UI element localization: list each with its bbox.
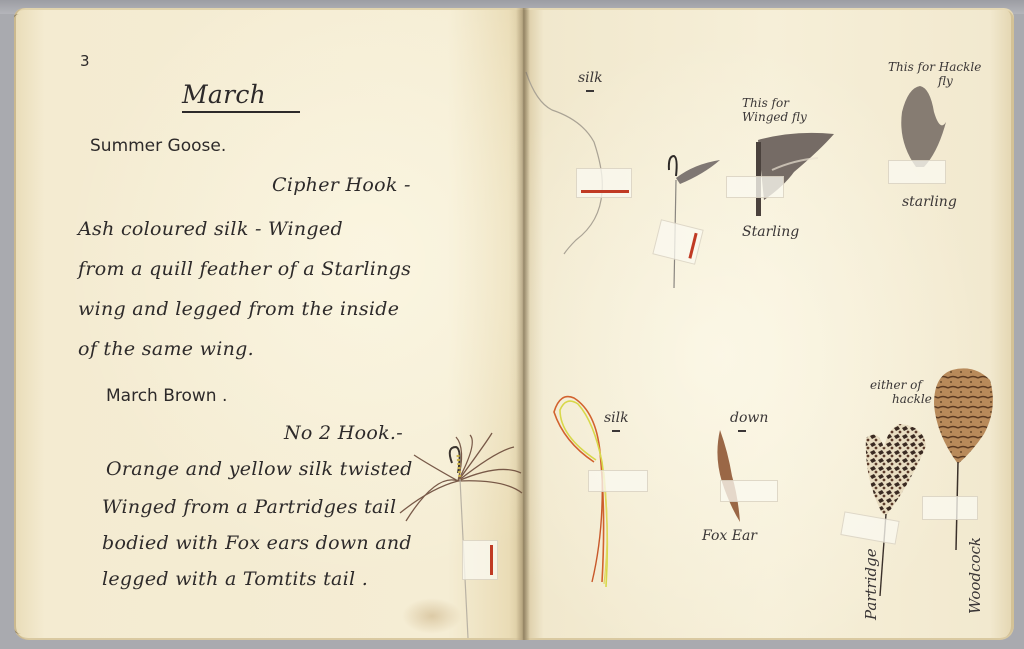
label-starling: Starling — [742, 224, 799, 240]
tied-march-brown-fly — [396, 433, 524, 640]
note-either-hackle: either of hackle — [870, 378, 932, 406]
open-notebook: 3 March Summer Goose. Cipher Hook - Ash … — [10, 8, 1016, 640]
feather-icon — [724, 120, 844, 230]
note-line: This for Hackle — [888, 60, 981, 74]
fox-ear-down-tuft — [710, 426, 750, 526]
tape-strip — [720, 480, 778, 502]
entry-line: Ash coloured silk - Winged — [78, 218, 343, 240]
tape-strip — [462, 540, 498, 580]
tape-strip — [576, 168, 632, 198]
note-line: either of — [870, 378, 932, 392]
starling-quill-feather — [724, 120, 844, 230]
title-underline — [182, 111, 300, 113]
note-line: hackle — [870, 392, 932, 406]
book-gutter — [516, 8, 530, 640]
label-silk-orange-yellow: silk — [604, 410, 629, 432]
right-page: silk This for Winged fly — [524, 8, 1014, 640]
tape-strip — [922, 496, 978, 520]
entry-line: of the same wing. — [78, 338, 254, 360]
thread-icon — [524, 72, 624, 262]
note-line: This for — [742, 96, 807, 110]
ash-silk-thread — [524, 72, 624, 262]
label-starling-hackle: starling — [902, 194, 957, 210]
fly-name-march-brown: March Brown . — [106, 386, 227, 406]
hook-size-cipher: Cipher Hook - — [272, 174, 411, 196]
page-number: 3 — [80, 52, 90, 70]
caption-fox-ear: Fox Ear — [702, 528, 757, 544]
feather-icon — [928, 364, 998, 554]
fly-name-summer-goose: Summer Goose. — [90, 136, 226, 156]
month-title: March — [182, 80, 266, 109]
entry-line: Winged from a Partridges tail — [102, 496, 396, 518]
tape-strip — [888, 160, 946, 184]
entry-line: Orange and yellow silk twisted — [106, 458, 413, 480]
fur-tuft-icon — [710, 426, 750, 526]
fly-feather-icon — [396, 433, 524, 640]
entry-line: legged with a Tomtits tail . — [102, 568, 368, 590]
feather-icon — [894, 82, 954, 172]
hook-size-no2: No 2 Hook.- — [284, 422, 403, 444]
tape-strip — [588, 470, 648, 492]
entry-line: bodied with Fox ears down and — [102, 532, 412, 554]
label-woodcock: Woodcock — [966, 537, 984, 614]
tape-strip — [726, 176, 784, 198]
label-partridge: Partridge — [862, 548, 880, 620]
woodcock-feather — [928, 364, 998, 554]
left-page: 3 March Summer Goose. Cipher Hook - Ash … — [14, 8, 524, 640]
starling-hackle-feather — [894, 82, 954, 172]
entry-line: wing and legged from the inside — [78, 298, 399, 320]
entry-line: from a quill feather of a Starlings — [78, 258, 411, 280]
